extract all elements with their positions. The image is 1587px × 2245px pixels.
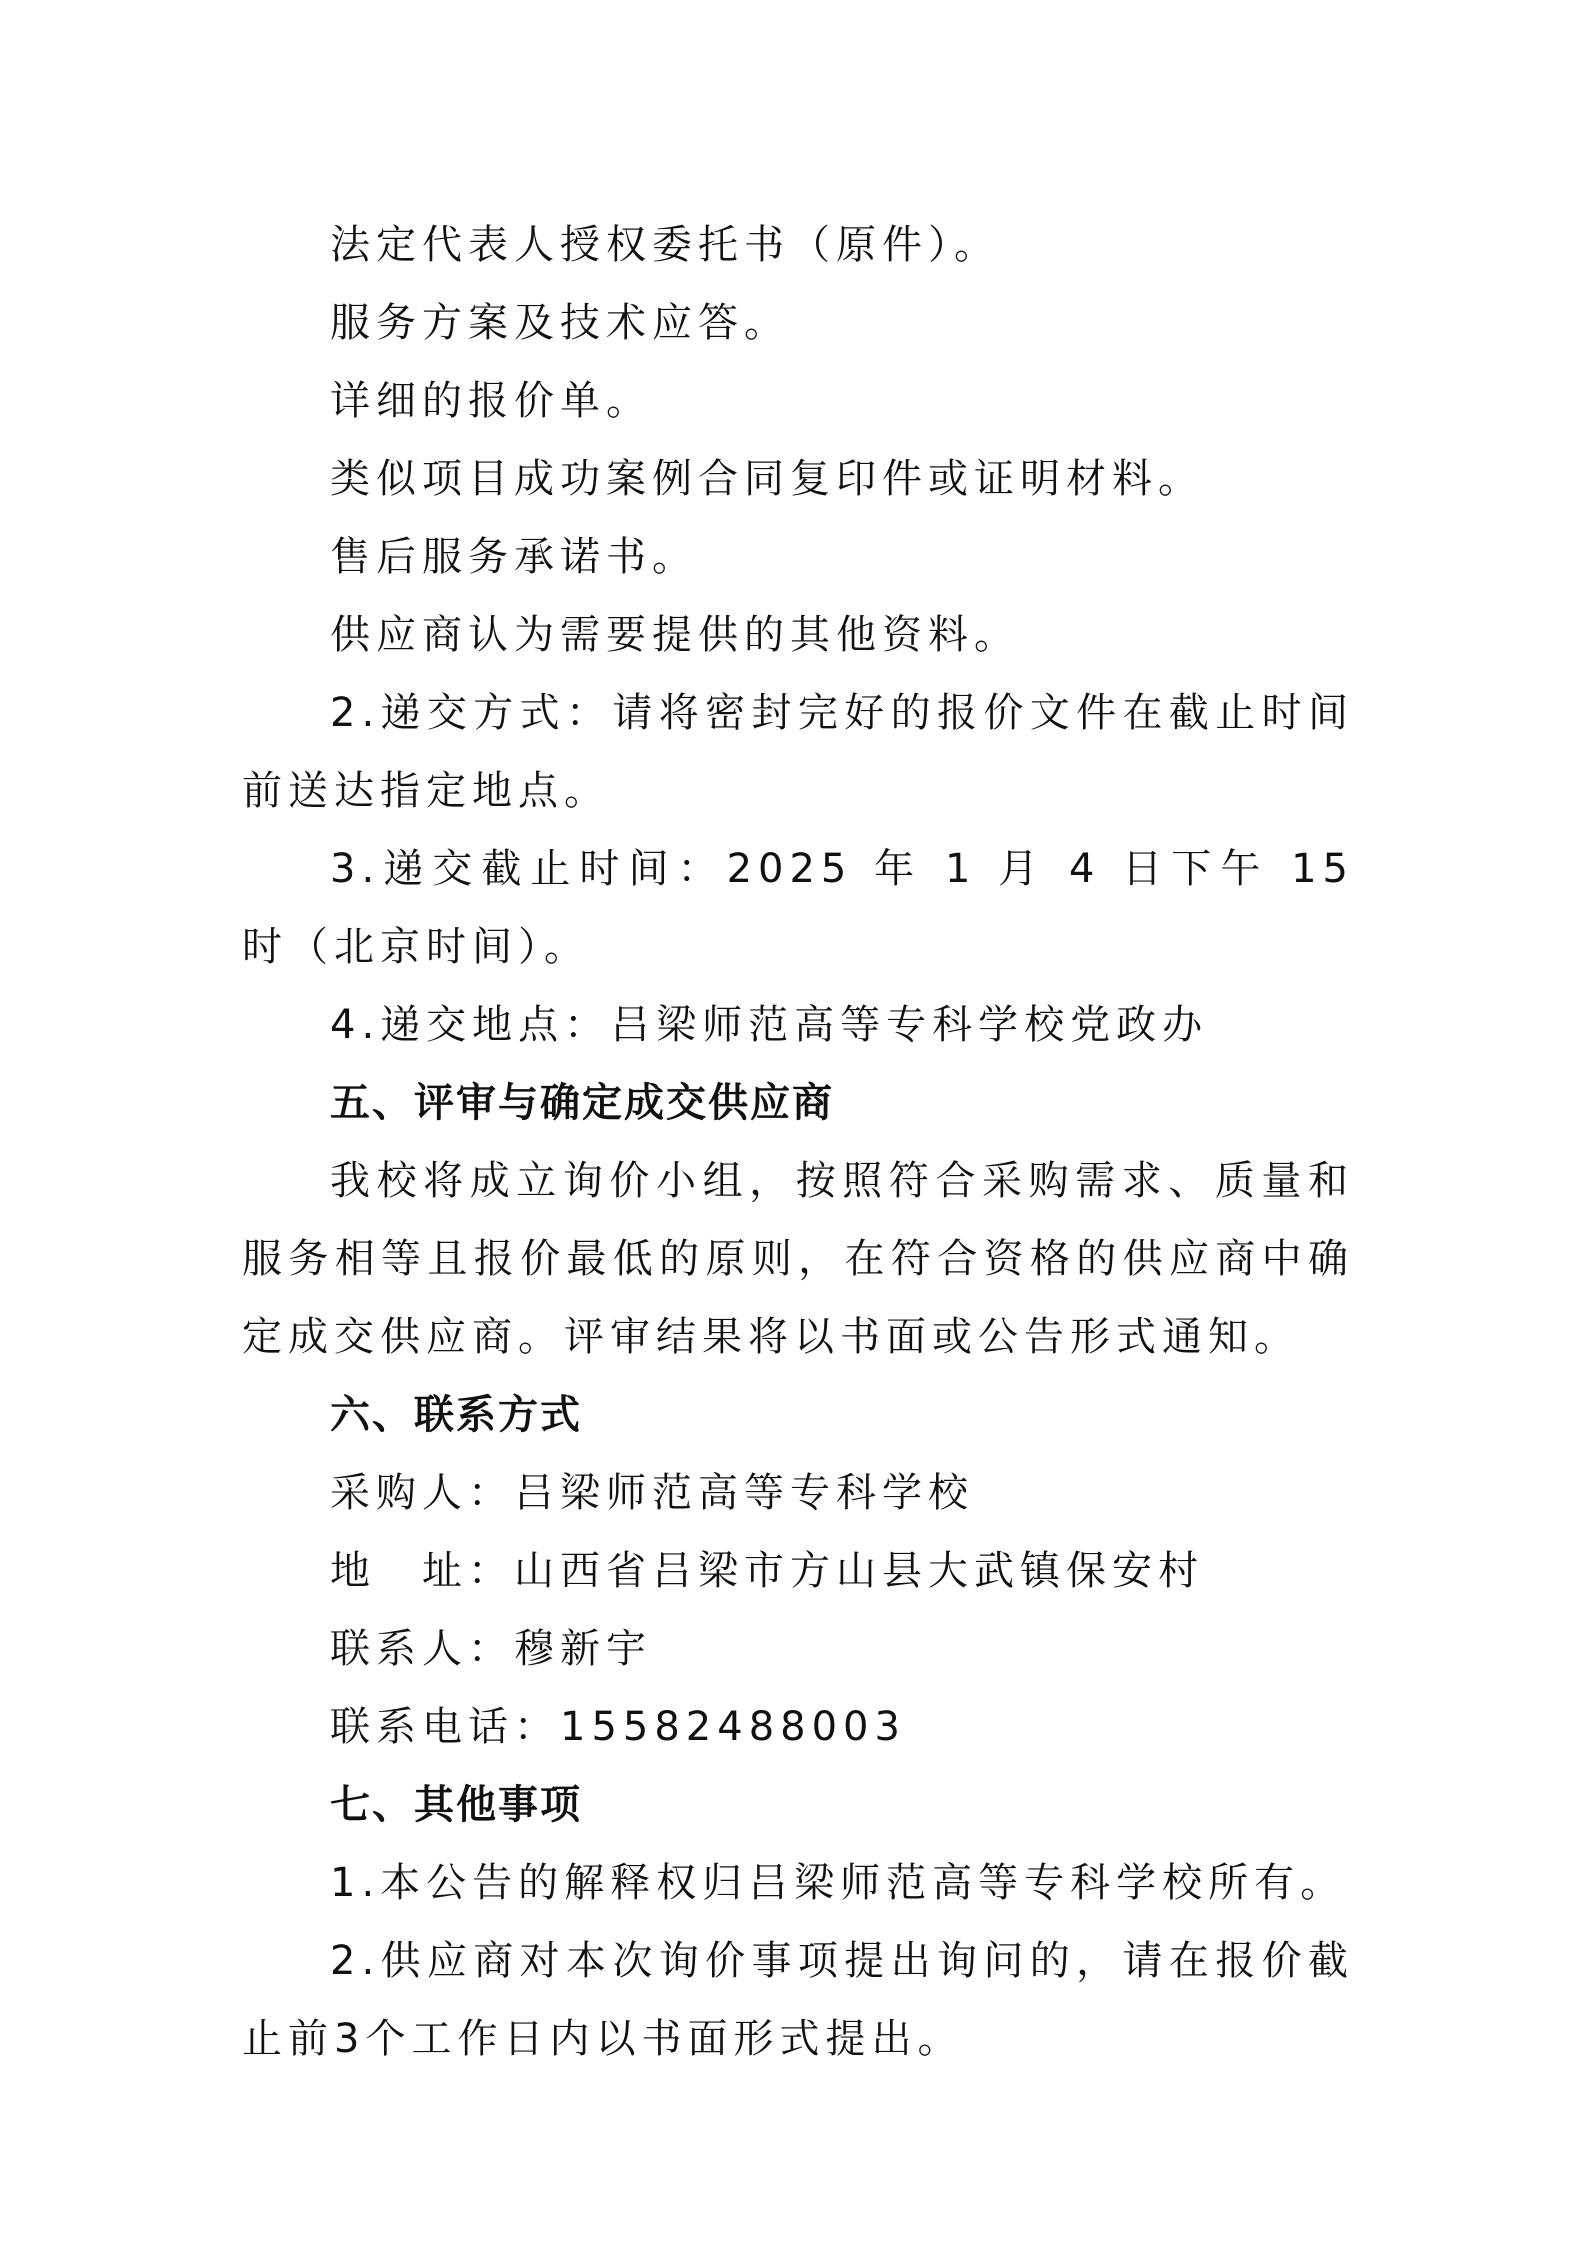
contact-phone: 联系电话：15582488003 [242,1688,1354,1766]
other-item: 1.本公告的解释权归吕梁师范高等专科学校所有。 [242,1844,1354,1922]
submission-deadline: 3.递交截止时间：2025 年 1 月 4 日下午 15 时（北京时间）。 [242,830,1354,986]
section-heading: 六、联系方式 [242,1376,1354,1454]
section-body: 我校将成立询价小组，按照符合采购需求、质量和服务相等且报价最低的原则，在符合资格… [242,1142,1354,1376]
list-item: 类似项目成功案例合同复印件或证明材料。 [242,440,1354,518]
other-item: 2.供应商对本次询价事项提出询问的，请在报价截止前3个工作日内以书面形式提出。 [242,1922,1354,2078]
document-page: 法定代表人授权委托书（原件）。 服务方案及技术应答。 详细的报价单。 类似项目成… [242,206,1354,2078]
section-heading: 五、评审与确定成交供应商 [242,1064,1354,1142]
address: 地 址：山西省吕梁市方山县大武镇保安村 [242,1532,1354,1610]
submission-location: 4.递交地点：吕梁师范高等专科学校党政办 [242,986,1354,1064]
section-heading: 七、其他事项 [242,1766,1354,1844]
list-item: 法定代表人授权委托书（原件）。 [242,206,1354,284]
purchaser: 采购人：吕梁师范高等专科学校 [242,1454,1354,1532]
list-item: 供应商认为需要提供的其他资料。 [242,596,1354,674]
list-item: 售后服务承诺书。 [242,518,1354,596]
submission-method: 2.递交方式：请将密封完好的报价文件在截止时间前送达指定地点。 [242,674,1354,830]
contact-person: 联系人：穆新宇 [242,1610,1354,1688]
list-item: 服务方案及技术应答。 [242,284,1354,362]
list-item: 详细的报价单。 [242,362,1354,440]
